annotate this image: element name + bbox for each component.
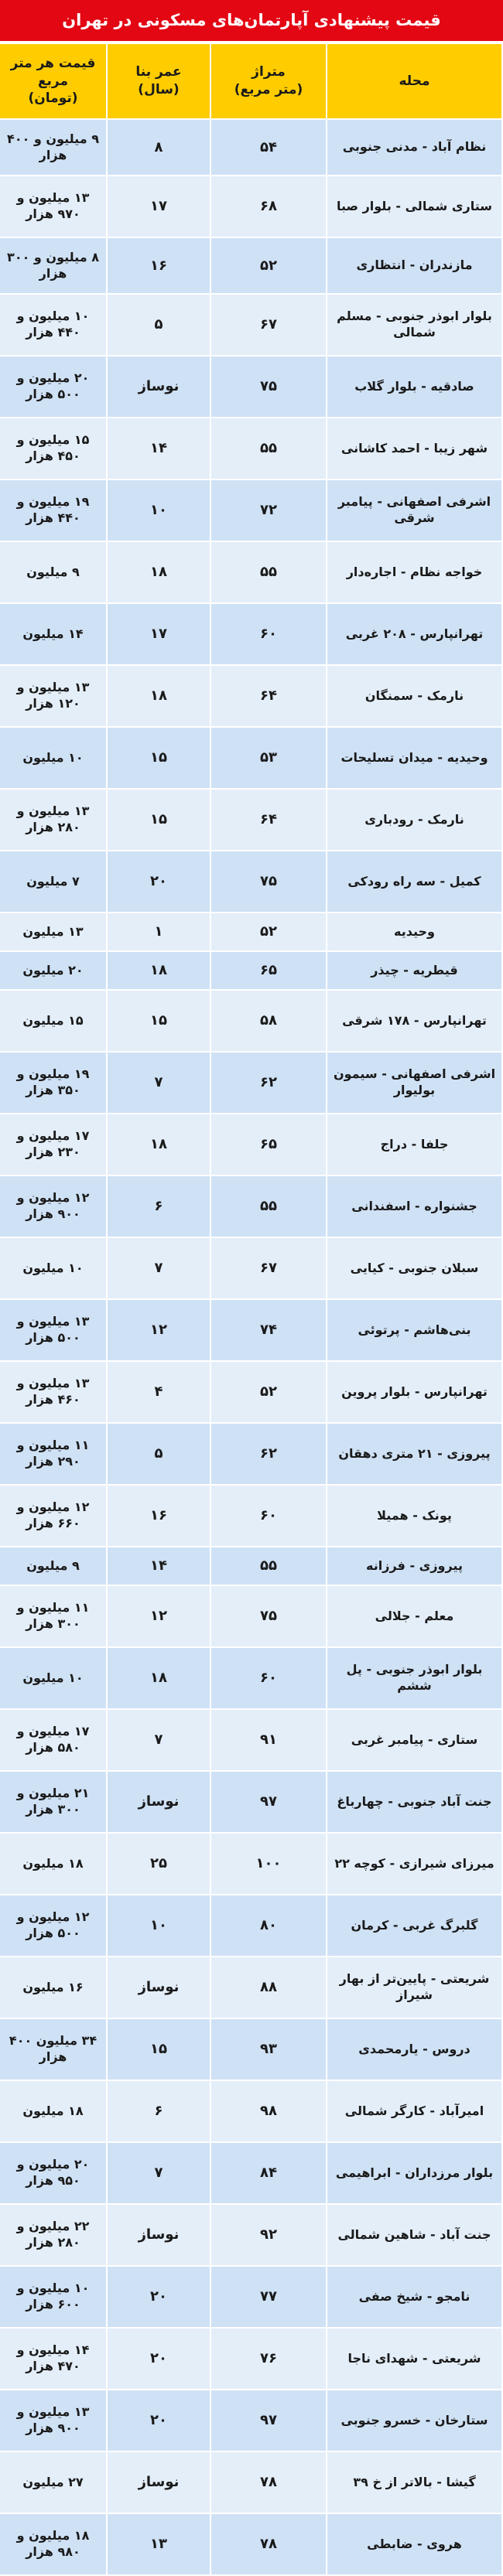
cell-age: ۱ [107,913,210,951]
cell-area: ۸۸ [210,1957,327,2018]
cell-price: ۲۷ میلیون [0,2451,107,2513]
cell-neighborhood: مازندران - انتظاری [327,237,502,294]
cell-neighborhood: ستارخان - خسرو جنوبی [327,2390,502,2451]
cell-price: ۱۷ میلیون و ۲۳۰ هزار [0,1114,107,1175]
table-row: اشرفی اصفهانی - پیامبر شرقی۷۲۱۰۱۹ میلیون… [0,479,502,541]
table-row: معلم - جلالی۷۵۱۲۱۱ میلیون و ۳۰۰ هزار [0,1585,502,1647]
table-row: پیروزی - ۲۱ متری دهقان۶۲۵۱۱ میلیون و ۲۹۰… [0,1423,502,1485]
cell-age: ۴ [107,1361,210,1423]
cell-age: ۱۸ [107,1114,210,1175]
cell-area: ۶۷ [210,294,327,356]
cell-area: ۵۵ [210,1175,327,1237]
cell-neighborhood: کمیل - سه راه رودکی [327,851,502,913]
cell-neighborhood: شریعتی - شهدای ناجا [327,2328,502,2390]
cell-price: ۱۸ میلیون و ۹۸۰ هزار [0,2513,107,2575]
table-row: شریعتی - شهدای ناجا۷۶۲۰۱۴ میلیون و ۴۷۰ ه… [0,2328,502,2390]
cell-age: نوساز [107,2204,210,2266]
cell-age: ۱۷ [107,603,210,665]
table-row: وحیدیه - میدان تسلیحات۵۳۱۵۱۰ میلیون [0,727,502,789]
header-age: عمر بنا(سال) [107,43,210,119]
cell-price: ۲۱ میلیون و ۳۰۰ هزار [0,1771,107,1833]
cell-area: ۶۷ [210,1237,327,1299]
cell-neighborhood: اشرفی اصفهانی - سیمون بولیوار [327,1052,502,1114]
cell-neighborhood: پونک - همیلا [327,1485,502,1547]
cell-price: ۱۳ میلیون و ۲۸۰ هزار [0,789,107,851]
cell-price: ۱۳ میلیون و ۹۷۰ هزار [0,176,107,237]
cell-neighborhood: وحیدیه - میدان تسلیحات [327,727,502,789]
cell-age: ۱۰ [107,479,210,541]
cell-area: ۵۵ [210,1547,327,1585]
cell-price: ۱۱ میلیون و ۳۰۰ هزار [0,1585,107,1647]
cell-age: نوساز [107,1957,210,2018]
cell-price: ۱۸ میلیون [0,2080,107,2142]
cell-area: ۶۵ [210,951,327,990]
cell-neighborhood: بلوار ابوذر جنوبی - پل ششم [327,1647,502,1709]
cell-neighborhood: میرزای شیرازی - کوچه ۲۲ [327,1833,502,1895]
cell-price: ۱۴ میلیون و ۴۷۰ هزار [0,2328,107,2390]
cell-age: ۱۲ [107,1299,210,1361]
cell-price: ۲۰ میلیون و ۹۵۰ هزار [0,2142,107,2204]
cell-age: ۱۸ [107,1647,210,1709]
cell-price: ۱۵ میلیون [0,990,107,1052]
cell-neighborhood: گیشا - بالاتر از خ ۳۹ [327,2451,502,2513]
cell-area: ۶۰ [210,1647,327,1709]
cell-age: ۱۸ [107,951,210,990]
cell-age: نوساز [107,356,210,418]
cell-area: ۶۰ [210,1485,327,1547]
cell-age: ۲۵ [107,1833,210,1895]
cell-area: ۸۰ [210,1895,327,1957]
cell-area: ۹۲ [210,2204,327,2266]
cell-neighborhood: شهر زیبا - احمد کاشانی [327,418,502,479]
cell-area: ۹۷ [210,1771,327,1833]
cell-price: ۳۴ میلیون ۴۰۰ هزار [0,2018,107,2080]
cell-price: ۹ میلیون [0,1547,107,1585]
table-row: تهرانپارس - ۱۷۸ شرقی۵۸۱۵۱۵ میلیون [0,990,502,1052]
cell-age: ۷ [107,1052,210,1114]
cell-price: ۱۳ میلیون [0,913,107,951]
table-row: تهرانپارس - ۲۰۸ غربی۶۰۱۷۱۴ میلیون [0,603,502,665]
cell-price: ۹ میلیون و ۴۰۰ هزار [0,119,107,176]
cell-area: ۶۰ [210,603,327,665]
cell-area: ۵۲ [210,237,327,294]
cell-age: ۱۶ [107,237,210,294]
cell-neighborhood: قیطریه - چیذر [327,951,502,990]
cell-area: ۵۲ [210,913,327,951]
table-row: شریعتی - پایین‌تر از بهار شیراز۸۸نوساز۱۶… [0,1957,502,2018]
cell-area: ۶۸ [210,176,327,237]
cell-neighborhood: سبلان جنوبی - کیایی [327,1237,502,1299]
cell-area: ۶۴ [210,789,327,851]
cell-age: ۱۲ [107,1585,210,1647]
cell-price: ۲۰ میلیون و ۵۰۰ هزار [0,356,107,418]
table-row: بلوار ابوذر جنوبی - مسلم شمالی۶۷۵۱۰ میلی… [0,294,502,356]
cell-neighborhood: ستاری - پیامبر غربی [327,1709,502,1771]
cell-area: ۷۸ [210,2451,327,2513]
cell-neighborhood: تهرانپارس - ۲۰۸ غربی [327,603,502,665]
cell-neighborhood: بلوار ابوذر جنوبی - مسلم شمالی [327,294,502,356]
cell-age: ۱۴ [107,418,210,479]
cell-area: ۷۵ [210,356,327,418]
cell-neighborhood: پیروزی - فرزانه [327,1547,502,1585]
cell-age: ۱۵ [107,727,210,789]
cell-age: ۶ [107,2080,210,2142]
cell-neighborhood: خواجه نظام - اجاره‌دار [327,541,502,603]
cell-neighborhood: گلبرگ غربی - کرمان [327,1895,502,1957]
cell-age: ۵ [107,1423,210,1485]
header-area: متراژ(متر مربع) [210,43,327,119]
table-body: نظام آباد - مدنی جنوبی۵۴۸۹ میلیون و ۴۰۰ … [0,119,502,2575]
cell-area: ۷۴ [210,1299,327,1361]
table-row: وحیدیه۵۲۱۱۳ میلیون [0,913,502,951]
cell-neighborhood: جلفا - دراج [327,1114,502,1175]
cell-area: ۹۸ [210,2080,327,2142]
cell-age: ۱۷ [107,176,210,237]
cell-age: ۵ [107,294,210,356]
cell-neighborhood: بنی‌هاشم - پرتوئی [327,1299,502,1361]
table-row: ستارخان - خسرو جنوبی۹۷۲۰۱۳ میلیون و ۹۰۰ … [0,2390,502,2451]
table-row: اشرفی اصفهانی - سیمون بولیوار۶۲۷۱۹ میلیو… [0,1052,502,1114]
cell-age: ۱۸ [107,665,210,727]
table-row: سبلان جنوبی - کیایی۶۷۷۱۰ میلیون [0,1237,502,1299]
cell-price: ۹ میلیون [0,541,107,603]
cell-neighborhood: تهرانپارس - بلوار پروین [327,1361,502,1423]
cell-neighborhood: نامجو - شیخ صفی [327,2266,502,2328]
cell-neighborhood: جشنواره - اسفندانی [327,1175,502,1237]
cell-age: ۸ [107,119,210,176]
cell-price: ۸ میلیون و ۳۰۰ هزار [0,237,107,294]
table-row: بلوار ابوذر جنوبی - پل ششم۶۰۱۸۱۰ میلیون [0,1647,502,1709]
cell-price: ۱۳ میلیون و ۵۰۰ هزار [0,1299,107,1361]
cell-price: ۱۳ میلیون و ۹۰۰ هزار [0,2390,107,2451]
cell-neighborhood: امیرآباد - کارگر شمالی [327,2080,502,2142]
cell-area: ۶۲ [210,1052,327,1114]
cell-price: ۱۰ میلیون [0,727,107,789]
cell-neighborhood: نظام آباد - مدنی جنوبی [327,119,502,176]
cell-price: ۱۲ میلیون و ۶۶۰ هزار [0,1485,107,1547]
cell-price: ۱۳ میلیون و ۴۶۰ هزار [0,1361,107,1423]
table-row: جلفا - دراج۶۵۱۸۱۷ میلیون و ۲۳۰ هزار [0,1114,502,1175]
table-row: خواجه نظام - اجاره‌دار۵۵۱۸۹ میلیون [0,541,502,603]
header-row: محله متراژ(متر مربع) عمر بنا(سال) قیمت ه… [0,43,502,119]
table-row: بنی‌هاشم - پرتوئی۷۴۱۲۱۳ میلیون و ۵۰۰ هزا… [0,1299,502,1361]
cell-price: ۱۲ میلیون و ۵۰۰ هزار [0,1895,107,1957]
cell-area: ۵۳ [210,727,327,789]
cell-price: ۱۰ میلیون [0,1647,107,1709]
cell-price: ۲۲ میلیون و ۲۸۰ هزار [0,2204,107,2266]
cell-age: ۲۰ [107,2328,210,2390]
cell-age: ۱۰ [107,1895,210,1957]
cell-area: ۷۸ [210,2513,327,2575]
cell-price: ۱۹ میلیون و ۴۴۰ هزار [0,479,107,541]
cell-age: ۷ [107,1237,210,1299]
cell-price: ۷ میلیون [0,851,107,913]
table-row: مازندران - انتظاری۵۲۱۶۸ میلیون و ۳۰۰ هزا… [0,237,502,294]
price-table: محله متراژ(متر مربع) عمر بنا(سال) قیمت ه… [0,43,503,2576]
cell-price: ۱۳ میلیون و ۱۲۰ هزار [0,665,107,727]
cell-neighborhood: تهرانپارس - ۱۷۸ شرقی [327,990,502,1052]
table-row: پیروزی - فرزانه۵۵۱۴۹ میلیون [0,1547,502,1585]
cell-area: ۹۳ [210,2018,327,2080]
cell-area: ۵۲ [210,1361,327,1423]
cell-price: ۱۰ میلیون و ۴۴۰ هزار [0,294,107,356]
cell-age: ۱۵ [107,2018,210,2080]
cell-area: ۹۷ [210,2390,327,2451]
cell-neighborhood: هروی - ضابطی [327,2513,502,2575]
cell-price: ۱۲ میلیون و ۹۰۰ هزار [0,1175,107,1237]
table-row: دروس - یارمحمدی۹۳۱۵۳۴ میلیون ۴۰۰ هزار [0,2018,502,2080]
table-row: بلوار مرزداران - ابراهیمی۸۴۷۲۰ میلیون و … [0,2142,502,2204]
cell-price: ۲۰ میلیون [0,951,107,990]
cell-area: ۷۵ [210,1585,327,1647]
cell-neighborhood: نارمک - رودباری [327,789,502,851]
table-row: صادقیه - بلوار گلاب۷۵نوساز۲۰ میلیون و ۵۰… [0,356,502,418]
cell-neighborhood: جنت آباد جنوبی - چهارباغ [327,1771,502,1833]
cell-age: ۱۵ [107,789,210,851]
header-price: قیمت هر متر مربع(تومان) [0,43,107,119]
cell-area: ۶۵ [210,1114,327,1175]
cell-area: ۱۰۰ [210,1833,327,1895]
cell-neighborhood: پیروزی - ۲۱ متری دهقان [327,1423,502,1485]
cell-price: ۱۰ میلیون [0,1237,107,1299]
cell-neighborhood: ستاری شمالی - بلوار صبا [327,176,502,237]
table-row: میرزای شیرازی - کوچه ۲۲۱۰۰۲۵۱۸ میلیون [0,1833,502,1895]
table-row: نارمک - سمنگان۶۴۱۸۱۳ میلیون و ۱۲۰ هزار [0,665,502,727]
cell-age: نوساز [107,1771,210,1833]
cell-area: ۸۴ [210,2142,327,2204]
header-neighborhood: محله [327,43,502,119]
cell-price: ۱۷ میلیون و ۵۸۰ هزار [0,1709,107,1771]
table-row: جنت آباد - شاهین شمالی۹۲نوساز۲۲ میلیون و… [0,2204,502,2266]
table-row: نظام آباد - مدنی جنوبی۵۴۸۹ میلیون و ۴۰۰ … [0,119,502,176]
table-row: کمیل - سه راه رودکی۷۵۲۰۷ میلیون [0,851,502,913]
cell-area: ۶۴ [210,665,327,727]
cell-price: ۱۹ میلیون و ۳۵۰ هزار [0,1052,107,1114]
cell-age: ۱۳ [107,2513,210,2575]
cell-age: نوساز [107,2451,210,2513]
cell-neighborhood: وحیدیه [327,913,502,951]
cell-age: ۲۰ [107,2390,210,2451]
cell-price: ۱۴ میلیون [0,603,107,665]
cell-area: ۵۴ [210,119,327,176]
table-row: قیطریه - چیذر۶۵۱۸۲۰ میلیون [0,951,502,990]
cell-area: ۷۲ [210,479,327,541]
cell-price: ۱۰ میلیون و ۶۰۰ هزار [0,2266,107,2328]
table-row: امیرآباد - کارگر شمالی۹۸۶۱۸ میلیون [0,2080,502,2142]
table-row: گلبرگ غربی - کرمان۸۰۱۰۱۲ میلیون و ۵۰۰ هز… [0,1895,502,1957]
cell-neighborhood: جنت آباد - شاهین شمالی [327,2204,502,2266]
cell-age: ۱۵ [107,990,210,1052]
cell-age: ۷ [107,1709,210,1771]
infographic: قیمت پیشنهادی آپارتمان‌های مسکونی در تهر… [0,0,503,2576]
table-row: هروی - ضابطی۷۸۱۳۱۸ میلیون و ۹۸۰ هزار [0,2513,502,2575]
cell-age: ۱۶ [107,1485,210,1547]
cell-area: ۵۸ [210,990,327,1052]
cell-area: ۵۵ [210,418,327,479]
cell-age: ۱۸ [107,541,210,603]
table-row: شهر زیبا - احمد کاشانی۵۵۱۴۱۵ میلیون و ۴۵… [0,418,502,479]
table-row: گیشا - بالاتر از خ ۳۹۷۸نوساز۲۷ میلیون [0,2451,502,2513]
table-row: جنت آباد جنوبی - چهارباغ۹۷نوساز۲۱ میلیون… [0,1771,502,1833]
table-title: قیمت پیشنهادی آپارتمان‌های مسکونی در تهر… [0,0,503,43]
cell-neighborhood: معلم - جلالی [327,1585,502,1647]
cell-area: ۷۷ [210,2266,327,2328]
cell-area: ۹۱ [210,1709,327,1771]
cell-price: ۱۵ میلیون و ۴۵۰ هزار [0,418,107,479]
cell-neighborhood: صادقیه - بلوار گلاب [327,356,502,418]
cell-neighborhood: بلوار مرزداران - ابراهیمی [327,2142,502,2204]
table-row: جشنواره - اسفندانی۵۵۶۱۲ میلیون و ۹۰۰ هزا… [0,1175,502,1237]
table-row: نارمک - رودباری۶۴۱۵۱۳ میلیون و ۲۸۰ هزار [0,789,502,851]
cell-area: ۶۲ [210,1423,327,1485]
cell-neighborhood: نارمک - سمنگان [327,665,502,727]
cell-price: ۱۶ میلیون [0,1957,107,2018]
cell-area: ۵۵ [210,541,327,603]
cell-age: ۱۴ [107,1547,210,1585]
cell-neighborhood: شریعتی - پایین‌تر از بهار شیراز [327,1957,502,2018]
cell-age: ۶ [107,1175,210,1237]
cell-area: ۷۵ [210,851,327,913]
cell-neighborhood: اشرفی اصفهانی - پیامبر شرقی [327,479,502,541]
cell-neighborhood: دروس - یارمحمدی [327,2018,502,2080]
table-row: تهرانپارس - بلوار پروین۵۲۴۱۳ میلیون و ۴۶… [0,1361,502,1423]
table-row: ستاری - پیامبر غربی۹۱۷۱۷ میلیون و ۵۸۰ هز… [0,1709,502,1771]
cell-area: ۷۶ [210,2328,327,2390]
cell-age: ۲۰ [107,2266,210,2328]
cell-age: ۷ [107,2142,210,2204]
cell-age: ۲۰ [107,851,210,913]
table-row: ستاری شمالی - بلوار صبا۶۸۱۷۱۳ میلیون و ۹… [0,176,502,237]
table-row: نامجو - شیخ صفی۷۷۲۰۱۰ میلیون و ۶۰۰ هزار [0,2266,502,2328]
cell-price: ۱۸ میلیون [0,1833,107,1895]
cell-price: ۱۱ میلیون و ۲۹۰ هزار [0,1423,107,1485]
table-row: پونک - همیلا۶۰۱۶۱۲ میلیون و ۶۶۰ هزار [0,1485,502,1547]
